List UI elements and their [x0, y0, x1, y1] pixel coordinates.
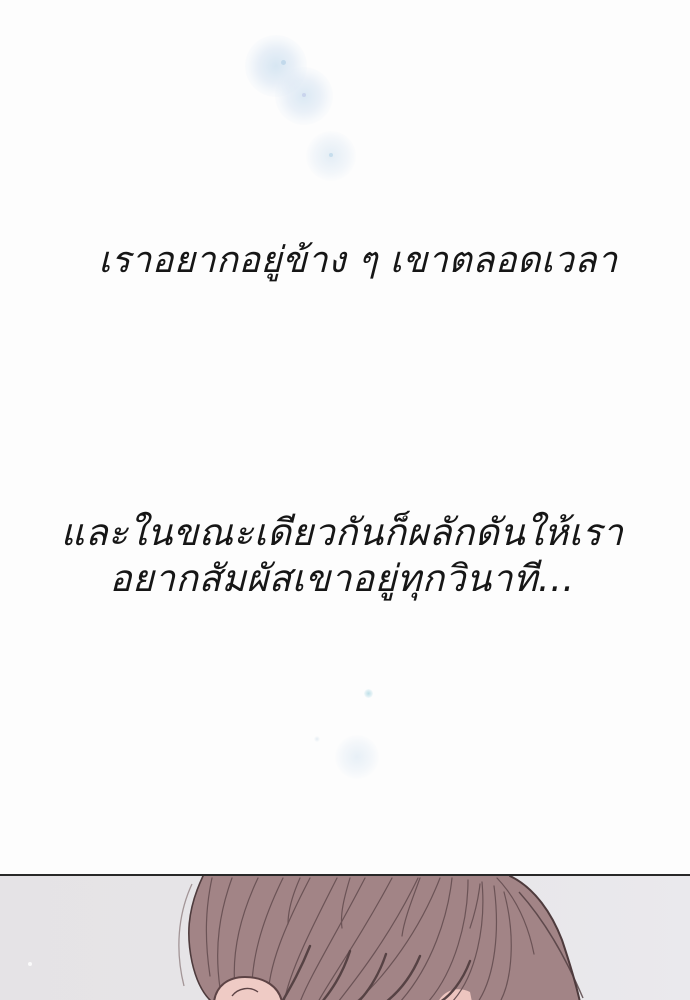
sparkle-dot-icon: [314, 736, 320, 742]
sparkle-dot-icon: [302, 93, 306, 97]
sparkle-cluster-icon: [335, 735, 379, 779]
narration-text-top: เราอยากอยู่ข้าง ๆ เขาตลอดเวลา: [0, 238, 690, 284]
sparkle-dot-icon: [281, 60, 286, 65]
narration-line-2: อยากสัมผัสเขาอยู่ทุกวินาที...: [0, 556, 684, 602]
panel-speck-icon: [28, 962, 32, 966]
narration-line-1: และในขณะเดียวกันก็ผลักดันให้เรา: [0, 510, 684, 556]
sparkle-dot-icon: [329, 153, 333, 157]
comic-panel: [0, 874, 690, 1000]
character-head-art: [0, 876, 690, 1000]
webtoon-page: เราอยากอยู่ข้าง ๆ เขาตลอดเวลา และในขณะเด…: [0, 0, 690, 1000]
sparkle-cluster-icon: [275, 67, 333, 125]
sparkle-cluster-icon: [245, 35, 307, 97]
narration-text-bottom: และในขณะเดียวกันก็ผลักดันให้เรา อยากสัมผ…: [0, 510, 690, 602]
sparkle-dot-icon: [364, 689, 373, 698]
sparkle-cluster-icon: [306, 131, 356, 181]
